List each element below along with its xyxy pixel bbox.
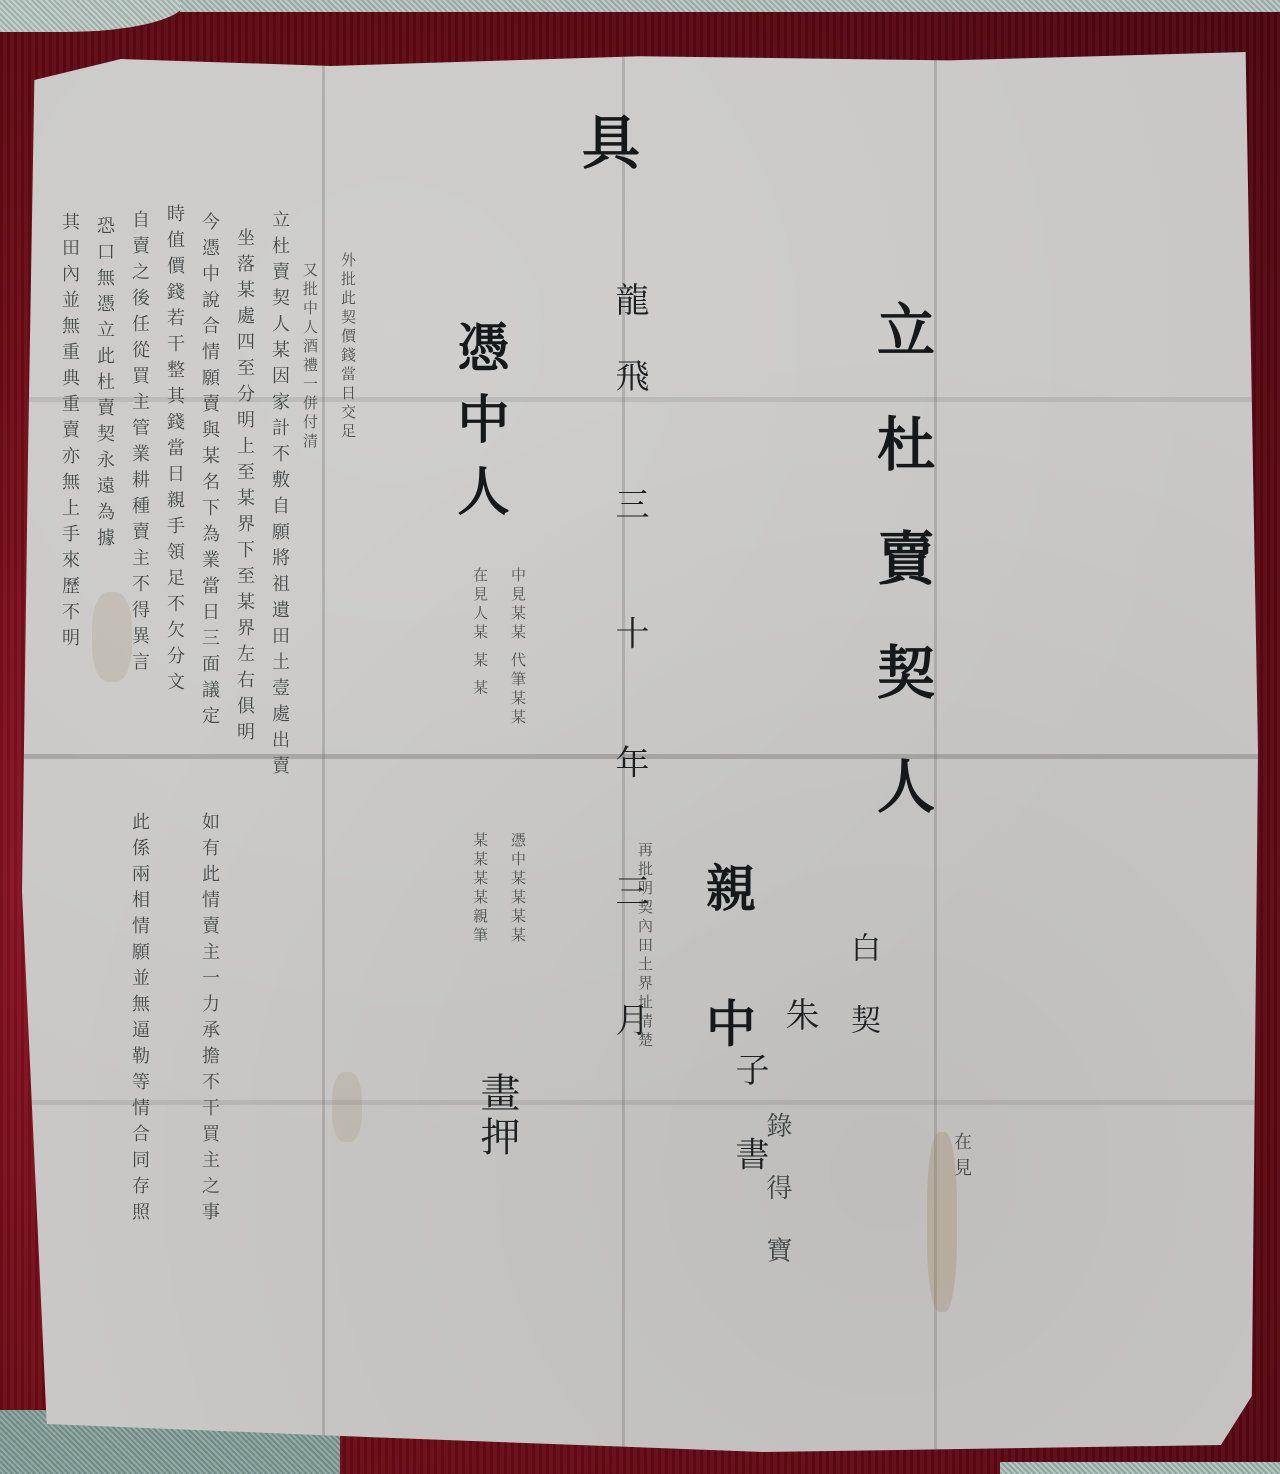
body-text-column: 如有此情賣主一力承擔不干買主之事 [200, 812, 218, 1228]
teal-surface-bottom-right [1000, 1462, 1280, 1474]
seal-name-column: 憑中人 [452, 320, 504, 536]
witness-column: 中見某某 代筆某某 [510, 567, 525, 728]
body-text-column: 恐口無憑立此杜賣契永遠為據 [95, 216, 113, 554]
side-note: 白契 [847, 932, 877, 1076]
witness-note: 在見 [952, 1132, 970, 1184]
water-stain [92, 592, 132, 682]
seal-mark: 畫押 [477, 1072, 517, 1160]
body-text-column: 其田內並無重典重賣亦無上手來歷不明 [60, 212, 78, 654]
teal-surface-top-edge [180, 0, 1280, 12]
body-text-column: 自賣之後任從買主管業耕種賣主不得異言 [130, 210, 148, 678]
body-text-column: 坐落某處四至分明上至某界下至某界左右俱明 [235, 228, 253, 748]
addendum-column: 外批此契價錢當日交足 [340, 252, 355, 442]
water-stain [332, 1072, 362, 1142]
addendum-column: 又批中人酒禮一併付清 [302, 262, 317, 452]
witness-column: 再批明契內田土界址清楚 [637, 842, 652, 1051]
signature-name-1: 朱 [782, 997, 816, 1073]
witness-column: 在見人某 某 某 [472, 567, 487, 699]
witness-column: 某某某某親筆 [472, 832, 487, 946]
body-text-column: 時值價錢若干整其錢當日親手領足不欠分文 [165, 204, 183, 698]
witness-column: 憑中某某某某 [510, 832, 525, 946]
main-title-column: 立杜賣契人 [872, 300, 930, 870]
signature-middleman: 親 中 [702, 862, 752, 1081]
document-paper: 具 立杜賣契人 龍飛 三 十 年 三 月 憑中人 親 中 朱 子 書 錄 得 寶… [22, 52, 1258, 1452]
body-text-column: 此係兩相情願並無逼勒等情合同存照 [130, 812, 148, 1228]
signature-name-3: 錄 得 寶 [764, 1112, 790, 1277]
fold-line-vertical-1 [322, 52, 325, 1452]
body-text-column: 今憑中說合情願賣與某名下為業當日三面議定 [200, 212, 218, 732]
body-text-column: 立杜賣契人某因家計不敷自願將祖遺田土壹處出賣 [270, 210, 288, 782]
signature-name-2: 子 書 [732, 1052, 766, 1191]
heading-character: 具 [577, 112, 635, 226]
